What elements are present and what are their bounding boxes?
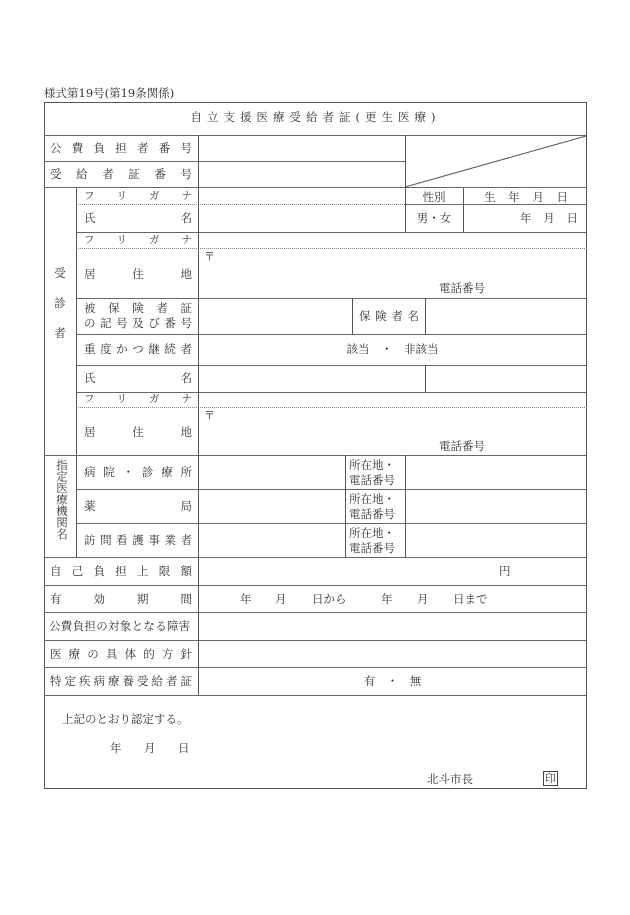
copay-limit-field[interactable] xyxy=(199,558,499,585)
label-guardian-furigana: フリガナ xyxy=(84,392,192,406)
divider xyxy=(463,187,464,232)
guardian-phone-field[interactable] xyxy=(490,436,586,455)
birthdate-field[interactable]: 年月日 xyxy=(520,211,578,225)
pharmacy-location-label-1: 所在地・ xyxy=(349,492,395,506)
copay-unit: 円 xyxy=(499,564,511,578)
public-payer-number-field[interactable] xyxy=(199,136,405,161)
form-title: 自立支援医療受給者証(更生医療) xyxy=(44,110,587,124)
validity-to-month[interactable]: 月 xyxy=(417,592,429,606)
label-furigana: フリガナ xyxy=(84,189,192,203)
hospital-location-label-1: 所在地・ xyxy=(349,458,395,472)
address-field[interactable] xyxy=(199,249,586,279)
home-nursing-location-field[interactable] xyxy=(406,524,586,557)
validity-to-year[interactable]: 年 xyxy=(381,592,393,606)
seal-mark: 印 xyxy=(543,771,558,786)
divider xyxy=(44,585,587,586)
label-specific-disease: 特定疾病療養受給者証 xyxy=(50,674,192,688)
certification-date-year: 年 xyxy=(110,741,122,755)
patient-furigana-field[interactable] xyxy=(199,188,405,204)
divider xyxy=(352,298,353,334)
validity-to-day[interactable]: 日まで xyxy=(453,592,488,606)
hospital-location-field[interactable] xyxy=(406,456,586,489)
label-public-payer-number: 公費負担者番号 xyxy=(50,141,192,155)
guardian-furigana-field[interactable] xyxy=(199,393,586,407)
label-severe-continuous: 重度かつ継続者 xyxy=(84,342,192,356)
label-pharmacy: 薬局 xyxy=(84,499,192,513)
form-number: 様式第19号(第19条関係) xyxy=(44,86,174,100)
home-nursing-location-label-2: 電話番号 xyxy=(349,541,395,555)
label-validity-period: 有効期間 xyxy=(50,592,192,606)
label-guardian-address: 居住地 xyxy=(84,425,192,439)
address-furigana-field[interactable] xyxy=(199,233,586,248)
certification-date-month: 月 xyxy=(144,741,156,755)
divider xyxy=(345,455,346,557)
section-label-patient: 受診者 xyxy=(53,258,67,348)
guardian-address-field[interactable] xyxy=(199,408,586,436)
label-recipient-number: 受給者証番号 xyxy=(50,167,192,181)
label-address: 居住地 xyxy=(84,267,192,281)
divider xyxy=(44,695,587,696)
issuer-name: 北斗市長 xyxy=(427,772,473,786)
guardian-extra-field[interactable] xyxy=(426,366,586,392)
validity-from-year[interactable]: 年 xyxy=(240,592,252,606)
label-home-nursing: 訪問看護事業者 xyxy=(84,533,192,547)
guardian-phone-label: 電話番号 xyxy=(439,439,485,453)
specific-disease-select[interactable]: 有 ・ 無 xyxy=(199,674,586,688)
label-insurance-card-line1: 被保険者証 xyxy=(84,301,192,315)
treatment-policy-field[interactable] xyxy=(199,641,586,667)
home-nursing-name-field[interactable] xyxy=(199,524,345,557)
diagonal-strike xyxy=(405,135,587,188)
insurer-name-field[interactable] xyxy=(426,299,586,334)
sex-header: 性別 xyxy=(405,190,463,204)
home-nursing-location-label-1: 所在地・ xyxy=(349,526,395,540)
severe-continuous-select[interactable]: 該当 ・ 非該当 xyxy=(199,342,586,356)
label-address-furigana: フリガナ xyxy=(84,233,192,247)
certification-statement: 上記のとおり認定する。 xyxy=(62,712,189,726)
label-hospital-clinic: 病院・診療所 xyxy=(84,465,192,479)
disability-field[interactable] xyxy=(199,613,586,640)
certification-date-day: 日 xyxy=(178,741,190,755)
birthdate-header: 生年月日 xyxy=(484,190,568,204)
pharmacy-location-label-2: 電話番号 xyxy=(349,507,395,521)
insurance-card-number-field[interactable] xyxy=(199,299,352,334)
pharmacy-name-field[interactable] xyxy=(199,490,345,523)
phone-label: 電話番号 xyxy=(439,281,485,295)
hospital-location-label-2: 電話番号 xyxy=(349,473,395,487)
pharmacy-location-field[interactable] xyxy=(406,490,586,523)
recipient-number-field[interactable] xyxy=(199,162,405,187)
divider xyxy=(405,204,587,205)
divider xyxy=(76,187,77,557)
label-name: 氏名 xyxy=(84,211,192,225)
guardian-name-field[interactable] xyxy=(199,366,425,392)
label-guardian-name: 氏名 xyxy=(84,371,192,385)
validity-from-month[interactable]: 月 xyxy=(275,592,287,606)
label-insurer-name: 保険者名 xyxy=(359,309,419,323)
label-disability: 公費負担の対象となる障害 xyxy=(49,619,191,633)
label-treatment-policy: 医療の具体的方針 xyxy=(50,647,192,661)
label-copay-limit: 自己負担上限額 xyxy=(50,564,192,578)
patient-name-field[interactable] xyxy=(199,205,405,232)
label-insurance-card-line2: の記号及び番号 xyxy=(84,316,192,330)
divider xyxy=(44,667,587,668)
section-label-institutions: 指定医療機関名 xyxy=(53,459,69,540)
divider xyxy=(76,334,587,335)
sex-select[interactable]: 男・女 xyxy=(405,211,463,225)
hospital-name-field[interactable] xyxy=(199,456,345,489)
validity-from-day[interactable]: 日から xyxy=(312,592,347,606)
phone-field[interactable] xyxy=(490,279,586,298)
